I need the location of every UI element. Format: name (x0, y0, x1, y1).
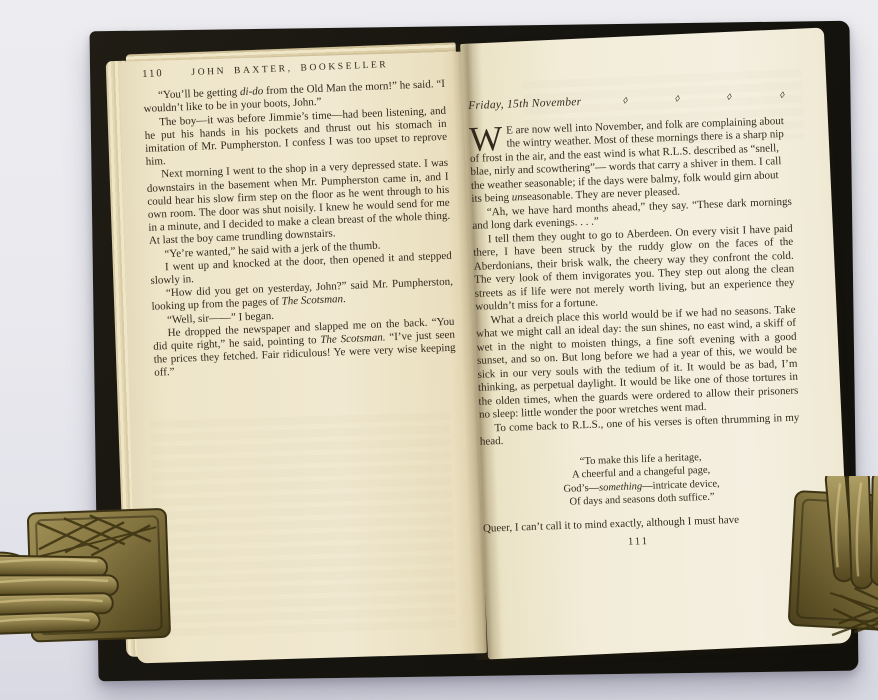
opening-paragraph: WE are now well into November, and folk … (469, 114, 792, 206)
fleuron-icon: ◊ (726, 91, 733, 105)
verse-block: “To make this life a heritage, A cheerfu… (481, 447, 803, 512)
fleuron-icon: ◊ (674, 93, 681, 107)
show-through-texture (150, 412, 456, 641)
paragraph: What a dreich place this world would be … (475, 303, 799, 422)
folio-number: 110 (142, 67, 164, 81)
photo-background: 110 JOHN BAXTER, BOOKSELLER “You’ll be g… (0, 0, 878, 700)
drop-cap: W (469, 124, 507, 152)
fleuron-icon: ◊ (622, 94, 629, 108)
right-page-text: Friday, 15th November ◊ ◊ ◊ ◊ WE are now… (468, 89, 804, 554)
brass-hand-clip-left-icon (0, 504, 174, 652)
brass-hand-clip-right-icon (786, 476, 878, 646)
paragraph: Next morning I went to the shop in a ver… (146, 157, 451, 248)
paragraph-text: E are now well into November, and folk a… (470, 114, 784, 204)
paragraph: I tell them they ought to go to Aberdeen… (473, 222, 796, 314)
left-page-text: 110 JOHN BAXTER, BOOKSELLER “You’ll be g… (142, 56, 456, 381)
chapter-date-heading: Friday, 15th November (468, 96, 582, 113)
fleuron-icon: ◊ (778, 89, 785, 103)
